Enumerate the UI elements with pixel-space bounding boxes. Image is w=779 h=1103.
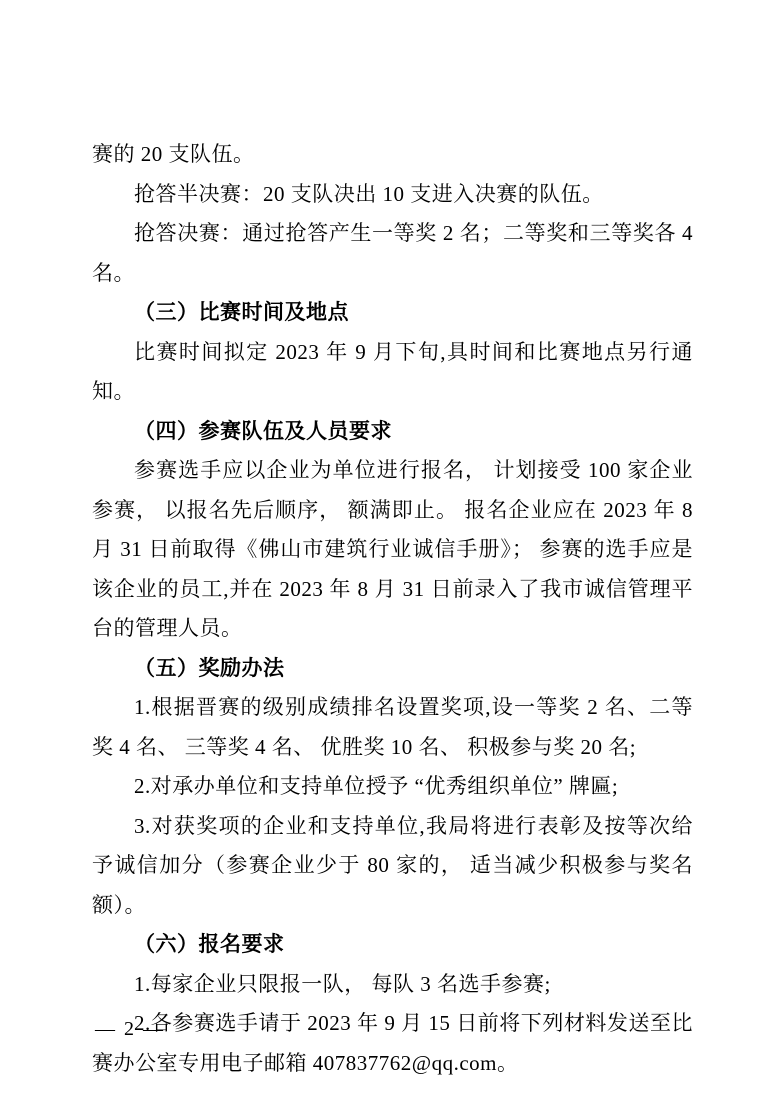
body-paragraph: 2.对承办单位和支持单位授予 “优秀组织单位” 牌匾; xyxy=(92,767,693,807)
document-body: 赛的 20 支队伍。抢答半决赛：20 支队决出 10 支进入决赛的队伍。抢答决赛… xyxy=(92,135,693,1083)
section-heading: （三）比赛时间及地点 xyxy=(92,293,693,333)
body-paragraph: 比赛时间拟定 2023 年 9 月下旬,具时间和比赛地点另行通知。 xyxy=(92,333,693,412)
body-paragraph: 1.每家企业只限报一队， 每队 3 名选手参赛; xyxy=(92,965,693,1005)
body-paragraph: 抢答半决赛：20 支队决出 10 支进入决赛的队伍。 xyxy=(92,175,693,215)
document-page: 赛的 20 支队伍。抢答半决赛：20 支队决出 10 支进入决赛的队伍。抢答决赛… xyxy=(0,0,779,1103)
section-heading: （五）奖励办法 xyxy=(92,649,693,689)
body-paragraph: 3.对获奖项的企业和支持单位,我局将进行表彰及按等次给予诚信加分（参赛企业少于 … xyxy=(92,807,693,926)
page-number: — 2 — xyxy=(95,1018,165,1041)
body-paragraph: 抢答决赛：通过抢答产生一等奖 2 名；二等奖和三等奖各 4 名。 xyxy=(92,214,693,293)
body-paragraph: 2.各参赛选手请于 2023 年 9 月 15 日前将下列材料发送至比赛办公室专… xyxy=(92,1004,693,1083)
body-paragraph: 赛的 20 支队伍。 xyxy=(92,135,693,175)
section-heading: （六）报名要求 xyxy=(92,925,693,965)
body-paragraph: 参赛选手应以企业为单位进行报名， 计划接受 100 家企业参赛， 以报名先后顺序… xyxy=(92,451,693,649)
section-heading: （四）参赛队伍及人员要求 xyxy=(92,412,693,452)
body-paragraph: 1.根据晋赛的级别成绩排名设置奖项,设一等奖 2 名、二等奖 4 名、 三等奖 … xyxy=(92,688,693,767)
